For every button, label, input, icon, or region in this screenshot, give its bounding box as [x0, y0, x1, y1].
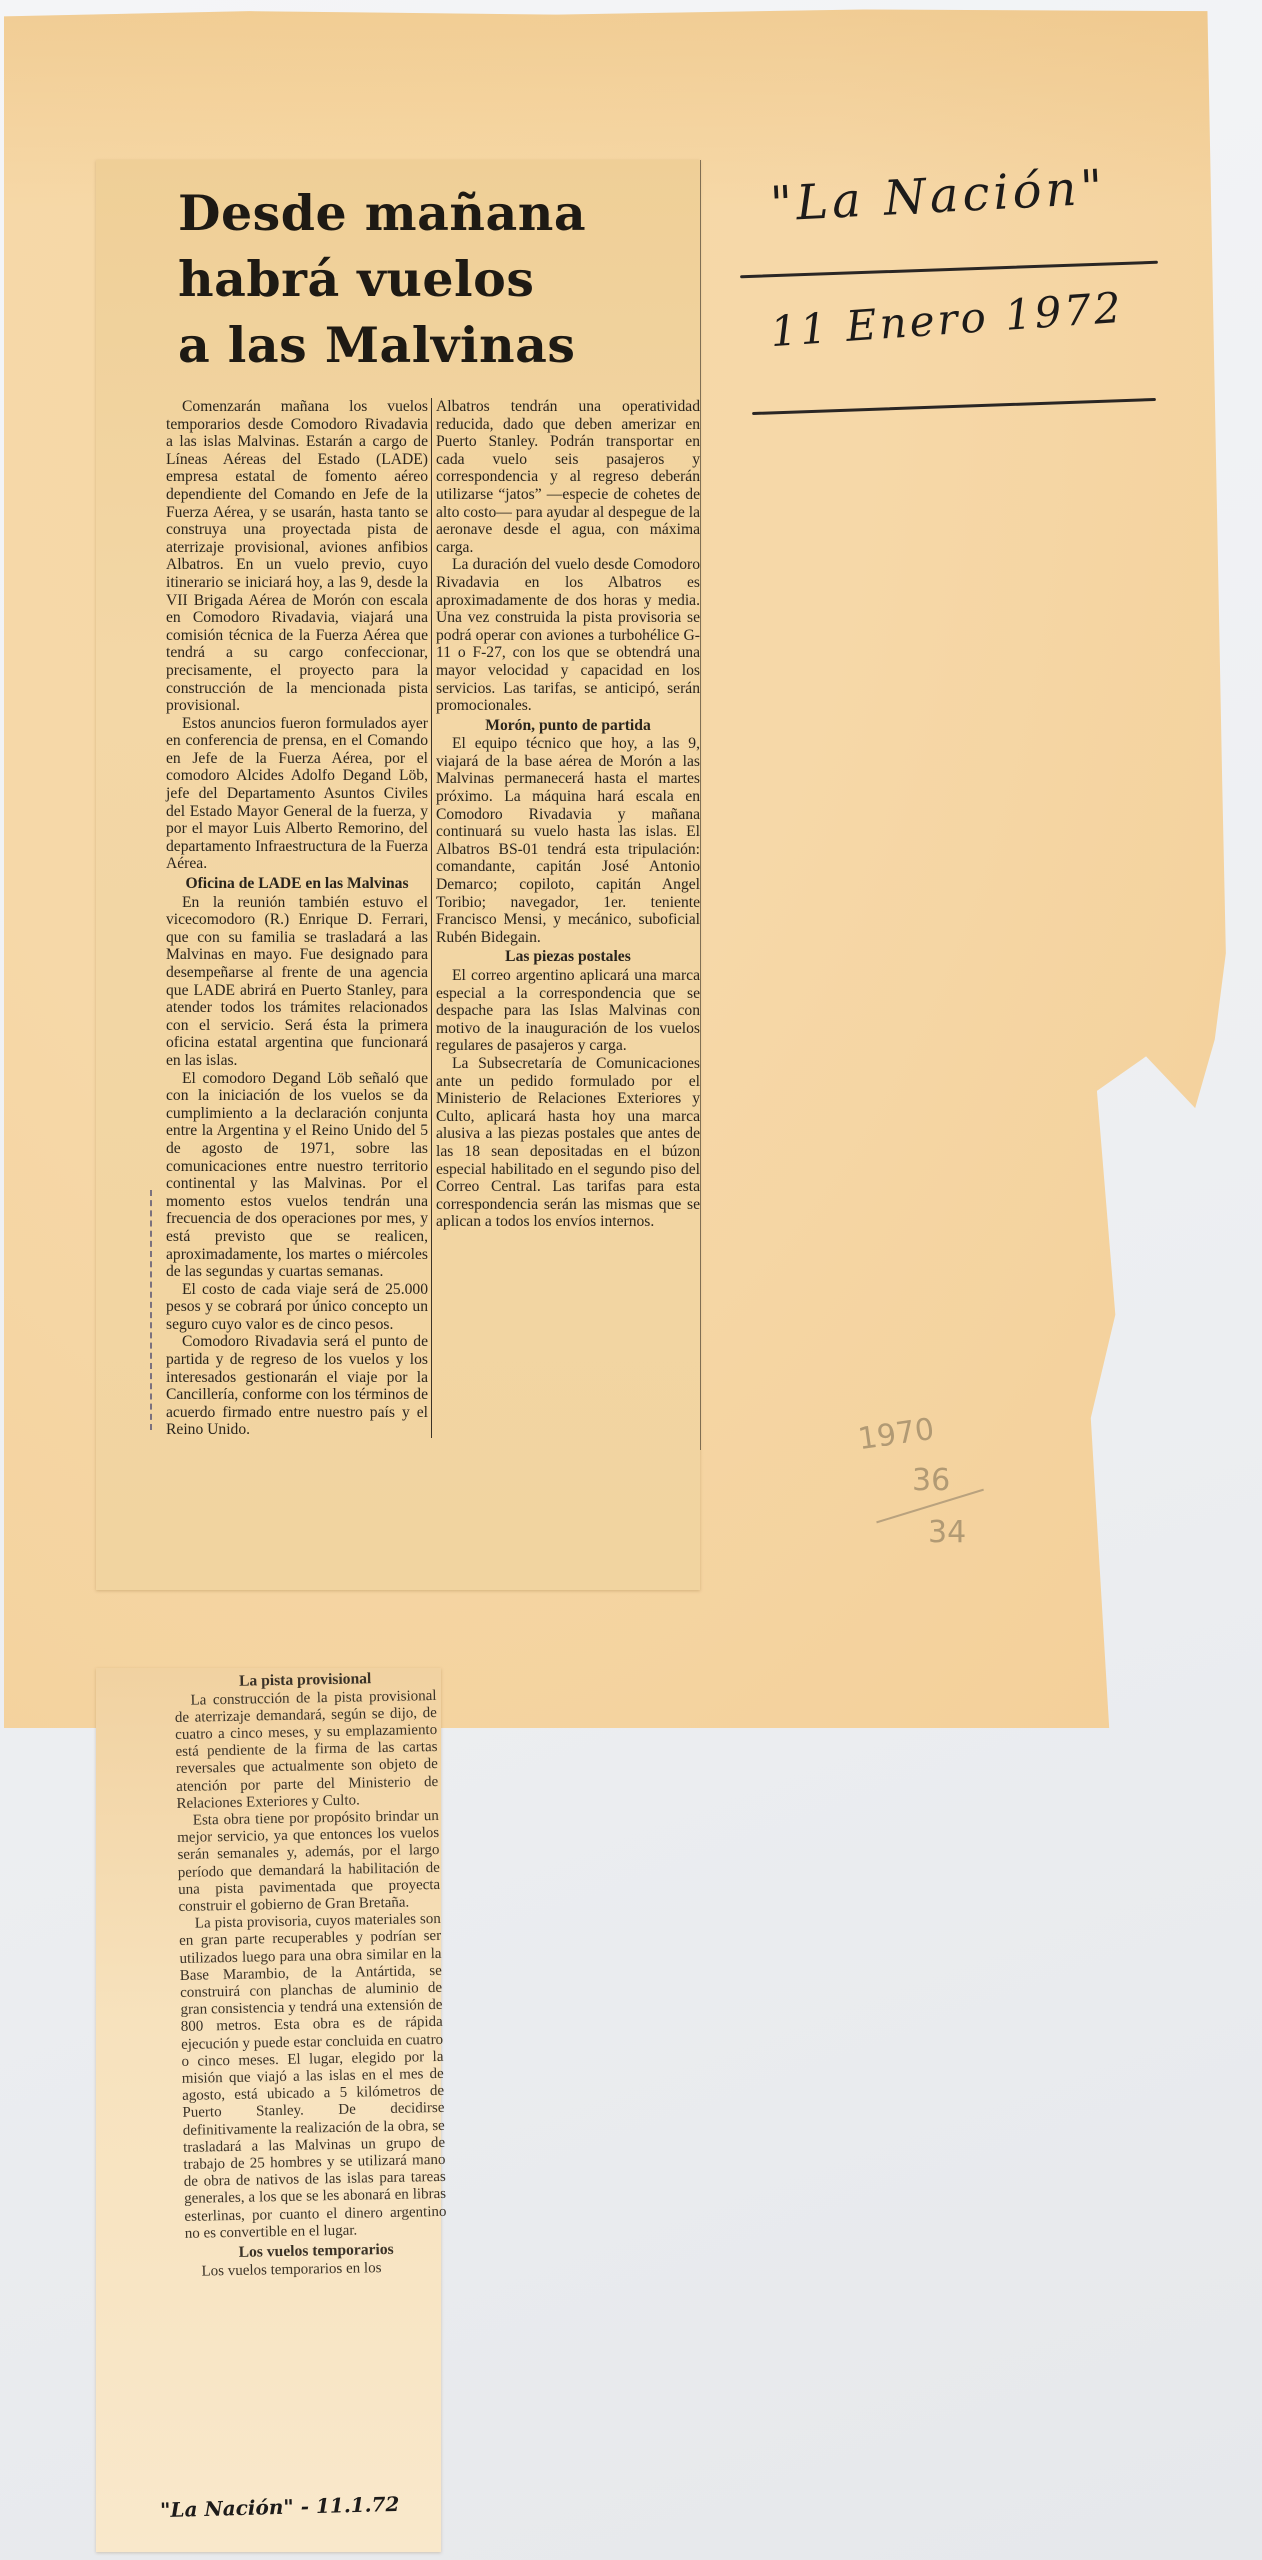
section-heading: Oficina de LADE en las Malvinas [166, 875, 428, 893]
article-paragraph: El costo de cada viaje será de 25.000 pe… [166, 1281, 428, 1334]
article-paragraph: Comenzarán mañana los vuelos temporarios… [166, 398, 428, 715]
article-paragraph: La Subsecretaría de Comunicaciones ante … [436, 1055, 700, 1231]
article-paragraph: El comodoro Degand Löb señaló que con la… [166, 1070, 428, 1281]
article-column-1: Comenzarán mañana los vuelos temporarios… [166, 398, 428, 1439]
article-paragraph: Esta obra tiene por propósito brindar un… [177, 1808, 441, 1916]
article-paragraph: El equipo técnico que hoy, a las 9, viaj… [436, 735, 700, 946]
article-paragraph: La pista provisoria, cuyos materiales so… [179, 1911, 447, 2243]
pencil-note-3: 34 [928, 1518, 966, 1548]
article-column-2: Albatros tendrán una operatividad reduci… [436, 398, 700, 1231]
article-paragraph: La duración del vuelo desde Comodoro Riv… [436, 556, 700, 714]
headline-line-2: habrá vuelos [178, 246, 698, 312]
column-divider [431, 398, 432, 1438]
article-paragraph: Albatros tendrán una operatividad reduci… [436, 398, 700, 556]
clip-edge-right [700, 160, 701, 1450]
headline-line-1: Desde mañana [178, 180, 698, 246]
article-paragraph: El correo argentino aplicará una marca e… [436, 967, 700, 1055]
headline-line-3: a las Malvinas [178, 312, 698, 378]
article-column-3: La pista provisionalLa construcción de l… [174, 1667, 448, 2281]
section-heading: Las piezas postales [436, 948, 700, 966]
article-paragraph: En la reunión también estuvo el vicecomo… [166, 894, 428, 1070]
article-paragraph: La construcción de la pista provisional … [174, 1688, 438, 1813]
article-paragraph: Comodoro Rivadavia será el punto de part… [166, 1333, 428, 1439]
ink-margin-marks [150, 1190, 160, 1430]
section-heading: Morón, punto de partida [436, 717, 700, 735]
article-paragraph: Estos anuncios fueron formulados ayer en… [166, 715, 428, 873]
article-headline: Desde mañana habrá vuelos a las Malvinas [178, 180, 698, 378]
pencil-note-2: 36 [912, 1466, 950, 1496]
